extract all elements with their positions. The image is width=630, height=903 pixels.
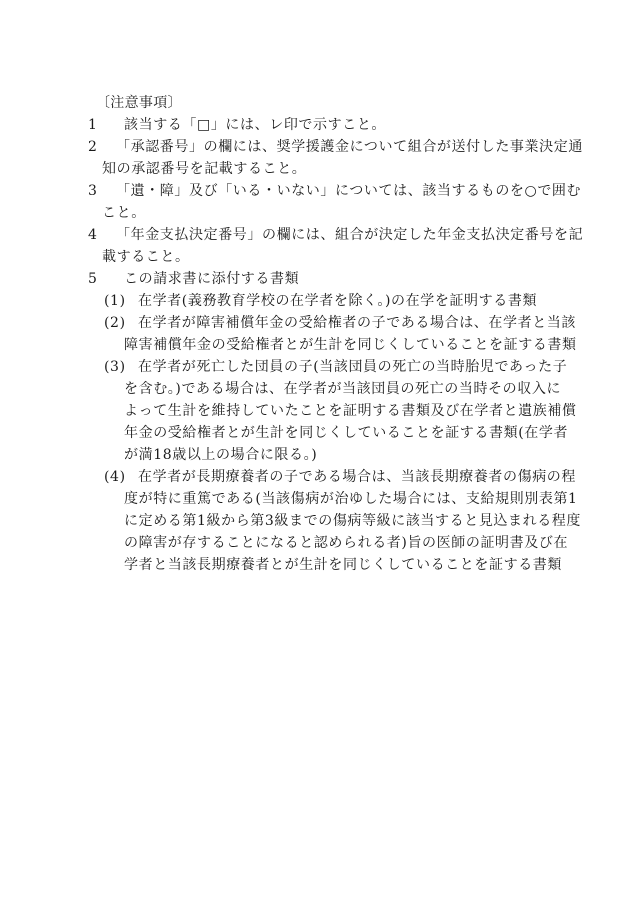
document-page: 〔注意事項〕 1 該当する「□」には、レ印で示すこと。 2 「承認番号」の欄には… [0,0,630,903]
note-number: 5 [88,268,108,290]
attachment-number: (3) [104,356,126,378]
attachment-item-4: (4) 在学者が長期療養者の子である場合は、当該長期療養者の傷病の程 度が特に重… [104,466,550,576]
note-item-2: 2 「承認番号」の欄には、奨学援護金について組合が送付した事業決定通 知の承認番… [88,136,550,180]
note-number: 4 [88,224,108,246]
note-text: こと。 [88,202,550,224]
notes-heading: 〔注意事項〕 [96,92,182,114]
note-item-5: 5 この請求書に添付する書類 [88,268,550,290]
note-text: 載すること。 [88,246,550,268]
attachment-text: 在学者が死亡した団員の子(当該団員の死亡の当時胎児であった子 [104,356,550,378]
note-item-3: 3 「遺・障」及び「いる・いない」については、該当するものを○で囲む こと。 [88,180,550,224]
attachment-text: が満18歳以上の場合に限る。) [104,444,550,466]
attachment-text: の障害が存することになると認められる者)旨の医師の証明書及び在 [104,532,550,554]
note-number: 3 [88,180,108,202]
note-text: 知の承認番号を記載すること。 [88,158,550,180]
note-text: この請求書に添付する書類 [88,268,550,290]
attachment-item-1: (1) 在学者(義務教育学校の在学者を除く。)の在学を証明する書類 [104,290,550,312]
note-text: 「年金支払決定番号」の欄には、組合が決定した年金支払決定番号を記 [88,224,550,246]
note-text: 「遺・障」及び「いる・いない」については、該当するものを○で囲む [88,180,550,202]
attachment-text: を含む。)である場合は、在学者が当該団員の死亡の当時その収入に [104,378,550,400]
note-number: 2 [88,136,108,158]
attachment-text: 学者と当該長期療養者とが生計を同じくしていることを証する書類 [104,554,550,576]
attachment-number: (4) [104,466,126,488]
note-item-4: 4 「年金支払決定番号」の欄には、組合が決定した年金支払決定番号を記 載すること… [88,224,550,268]
attachment-text: に定める第1級から第3級までの傷病等級に該当すると見込まれる程度 [104,510,550,532]
note-text: 「承認番号」の欄には、奨学援護金について組合が送付した事業決定通 [88,136,550,158]
attachment-item-3: (3) 在学者が死亡した団員の子(当該団員の死亡の当時胎児であった子 を含む。)… [104,356,550,466]
attachment-text: 年金の受給権者とが生計を同じくしていることを証する書類(在学者 [104,422,550,444]
note-number: 1 [88,114,108,136]
attachment-number: (2) [104,312,126,334]
attachment-number: (1) [104,290,126,312]
attachment-item-2: (2) 在学者が障害補償年金の受給権者の子である場合は、在学者と当該 障害補償年… [104,312,550,356]
attachment-text: 在学者が長期療養者の子である場合は、当該長期療養者の傷病の程 [104,466,550,488]
note-item-1: 1 該当する「□」には、レ印で示すこと。 [88,114,550,136]
attachment-text: 度が特に重篤である(当該傷病が治ゆした場合には、支給規則別表第1 [104,488,550,510]
attachment-text: よって生計を維持していたことを証明する書類及び在学者と遺族補償 [104,400,550,422]
attachment-text: 在学者(義務教育学校の在学者を除く。)の在学を証明する書類 [104,290,550,312]
attachment-text: 在学者が障害補償年金の受給権者の子である場合は、在学者と当該 [104,312,550,334]
note-text: 該当する「□」には、レ印で示すこと。 [88,114,550,136]
attachment-text: 障害補償年金の受給権者とが生計を同じくしていることを証する書類 [104,334,550,356]
